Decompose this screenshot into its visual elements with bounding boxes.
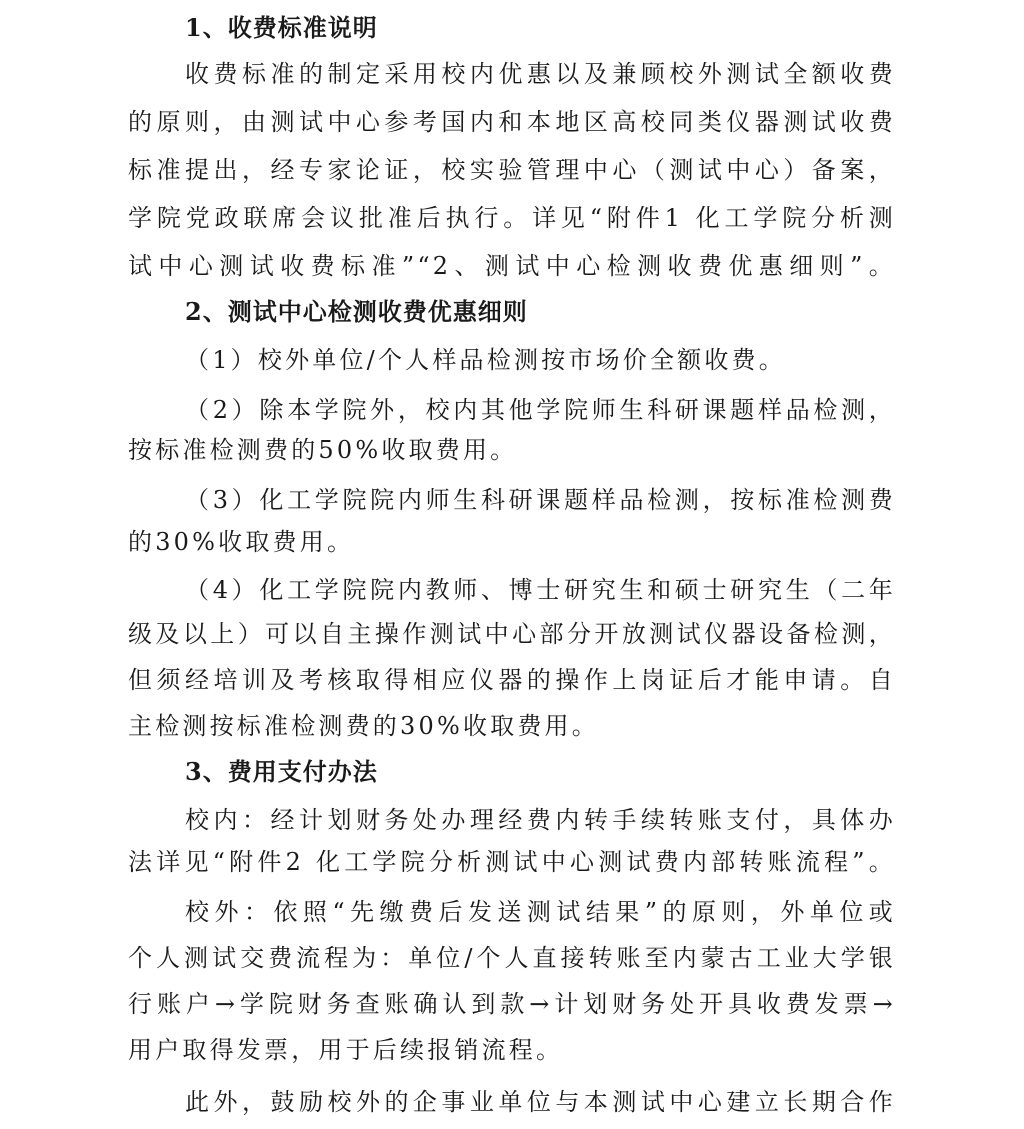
paragraph-line: 校外：依照“先缴费后发送测试结果”的原则，外单位或 bbox=[128, 892, 896, 932]
list-item-4: （4）化工学院院内教师、博士研究生和硕士研究生（二年 bbox=[128, 570, 896, 610]
list-item-1: （1）校外单位/个人样品检测按市场价全额收费。 bbox=[128, 340, 896, 380]
paragraph-line: 学院党政联席会议批准后执行。详见“附件1 化工学院分析测 bbox=[128, 198, 896, 238]
paragraph-line: 主检测按标准检测费的30%收取费用。 bbox=[128, 706, 896, 746]
paragraph-line: 但须经培训及考核取得相应仪器的操作上岗证后才能申请。自 bbox=[128, 660, 896, 700]
section-heading-discount-rules: 2、测试中心检测收费优惠细则 bbox=[128, 292, 896, 332]
paragraph-line: 个人测试交费流程为：单位/个人直接转账至内蒙古工业大学银 bbox=[128, 938, 896, 978]
paragraph-line: 行账户→学院财务查账确认到款→计划财务处开具收费发票→ bbox=[128, 984, 896, 1024]
paragraph-line: 试中心测试收费标准”“2、测试中心检测收费优惠细则”。 bbox=[128, 246, 896, 286]
paragraph-line: 按标准检测费的50%收取费用。 bbox=[128, 430, 896, 470]
paragraph-line: 的30%收取费用。 bbox=[128, 522, 896, 562]
section-heading-payment: 3、费用支付办法 bbox=[128, 752, 896, 792]
paragraph-line: 级及以上）可以自主操作测试中心部分开放测试仪器设备检测， bbox=[128, 614, 896, 654]
paragraph-line: 收费标准的制定采用校内优惠以及兼顾校外测试全额收费 bbox=[128, 54, 896, 94]
paragraph-line: 标准提出，经专家论证，校实验管理中心（测试中心）备案， bbox=[128, 150, 896, 190]
paragraph-line: 法详见“附件2 化工学院分析测试中心测试费内部转账流程”。 bbox=[128, 842, 896, 882]
list-item-2: （2）除本学院外，校内其他学院师生科研课题样品检测， bbox=[128, 390, 896, 430]
paragraph-line: 用户取得发票，用于后续报销流程。 bbox=[128, 1030, 896, 1070]
paragraph-line: 的原则，由测试中心参考国内和本地区高校同类仪器测试收费 bbox=[128, 102, 896, 142]
paragraph-line: 此外，鼓励校外的企事业单位与本测试中心建立长期合作 bbox=[128, 1082, 896, 1122]
list-item-3: （3）化工学院院内师生科研课题样品检测，按标准检测费 bbox=[128, 480, 896, 520]
section-heading-fee-standard: 1、收费标准说明 bbox=[128, 8, 896, 48]
paragraph-line: 校内：经计划财务处办理经费内转手续转账支付，具体办 bbox=[128, 800, 896, 840]
